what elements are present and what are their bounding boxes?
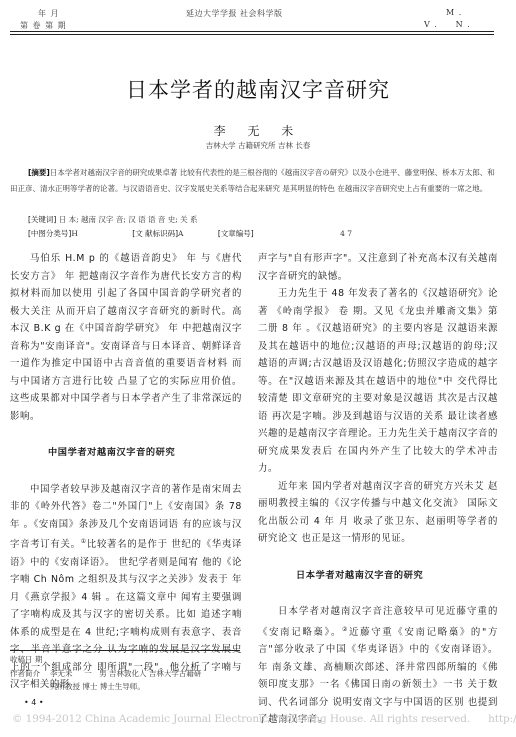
- class-value: H: [71, 229, 78, 238]
- keywords-text: 日 本; 越南 汉字 音; 汉 语 语 音 史; 关 系: [59, 215, 198, 224]
- article-title: 日本学者的越南汉字音研究: [0, 74, 516, 104]
- right-para-2: 王力先生于 48 年发表了著名的《汉越语研究》论著 《岭南学报》 卷 期。又见《…: [258, 285, 498, 478]
- right-para-4-cont: 近藤守重《安南记略槀》的"方言"部分收录了中国《华夷译语》中的《安南译语》。 年…: [258, 627, 498, 726]
- right-para-4: 日本学者对越南汉字音注意较早可见近藤守重的《安南记略槀》。②近藤守重《安南记略槀…: [258, 603, 498, 729]
- class-label: [中图分类号]: [28, 229, 71, 238]
- header-month-en: M .: [446, 8, 462, 17]
- received-date-label: 收稿日 期: [10, 653, 42, 666]
- keywords: [关键词] 日 本; 越南 汉字 音; 汉 语 语 音 史; 关 系: [28, 214, 198, 225]
- right-para-1: 声字与"自有形声字"。又注意到了补充高本汉有关越南汉字音研究的缺憾。: [258, 250, 498, 285]
- article-no-label: [文章编号]: [218, 229, 254, 238]
- left-para-1: 马伯乐 H.M p 的《越语音韵史》 年 与《唐代长安方言》 年 把越南汉字音作…: [10, 250, 242, 425]
- keywords-label: [关键词]: [28, 215, 56, 224]
- header-journal-name: 延边大学学报 社会科学版: [186, 8, 283, 19]
- footnote-rule: [10, 650, 240, 651]
- header-rule-bottom: [10, 34, 494, 35]
- header-rule-top: [10, 31, 494, 32]
- cnki-link[interactable]: http://www.cnki.net: [488, 713, 516, 725]
- header-volume: 第 卷 第 期: [20, 20, 67, 31]
- footnote-ref-2[interactable]: ②: [342, 626, 349, 633]
- abstract: [摘要]日本学者对越南汉字音的研究成果卓著 比较有代表性的是三根谷彻的《越南汉字…: [10, 165, 500, 197]
- article-no-value: 4 7: [340, 229, 352, 238]
- header-volume-en: V . N .: [424, 20, 471, 29]
- classification-row: [中图分类号]H [文 献标识码]A [文章编号] 4 7: [28, 228, 498, 239]
- author-affiliation: 吉林大学 古籍研究所 吉林 长春: [0, 140, 516, 151]
- abstract-label: [摘要]: [28, 168, 50, 177]
- abstract-text: 日本学者对越南汉字音的研究成果卓著 比较有代表性的是三根谷彻的《越南汉字音の研究…: [10, 168, 495, 193]
- left-para-2: 中国学者较早涉及越南汉字音的著作是南宋周去非的《岭外代答》卷二"外国门"上《安南…: [10, 481, 242, 694]
- author-bio-label: 作者简介: [10, 667, 40, 680]
- copyright-notice: © 1994-2012 China Academic Journal Elect…: [12, 713, 516, 725]
- right-para-3: 近年来 国内学者对越南汉字音的研究方兴未艾 赵丽明教授主编的《汉字传播与中越文化…: [258, 478, 498, 548]
- article-author: 李 无 未: [0, 122, 516, 139]
- right-column: 声字与"自有形声字"。又注意到了补充高本汉有关越南汉字音研究的缺憾。 王力先生于…: [258, 250, 498, 729]
- copyright-text: © 1994-2012 China Academic Journal Elect…: [12, 713, 470, 725]
- section-heading-chinese-scholars: 中国学者对越南汉字音的研究: [10, 444, 242, 462]
- doc-code-value: A: [178, 229, 183, 238]
- section-heading-japanese-scholars: 日本学者对越南汉字音的研究: [258, 567, 498, 585]
- header-date: 年 月: [38, 8, 60, 19]
- left-column: 马伯乐 H.M p 的《越语音韵史》 年 与《唐代长安方言》 年 把越南汉字音作…: [10, 250, 242, 694]
- page-number: • 4 •: [24, 698, 44, 707]
- author-bio-line2: 究所教授 博士 博士生导师。: [50, 680, 145, 693]
- doc-code-label: [文 献标识码]: [132, 229, 178, 238]
- author-bio-line1: 李无未 一 男 吉林敦化人 吉林大学古籍研: [50, 667, 201, 680]
